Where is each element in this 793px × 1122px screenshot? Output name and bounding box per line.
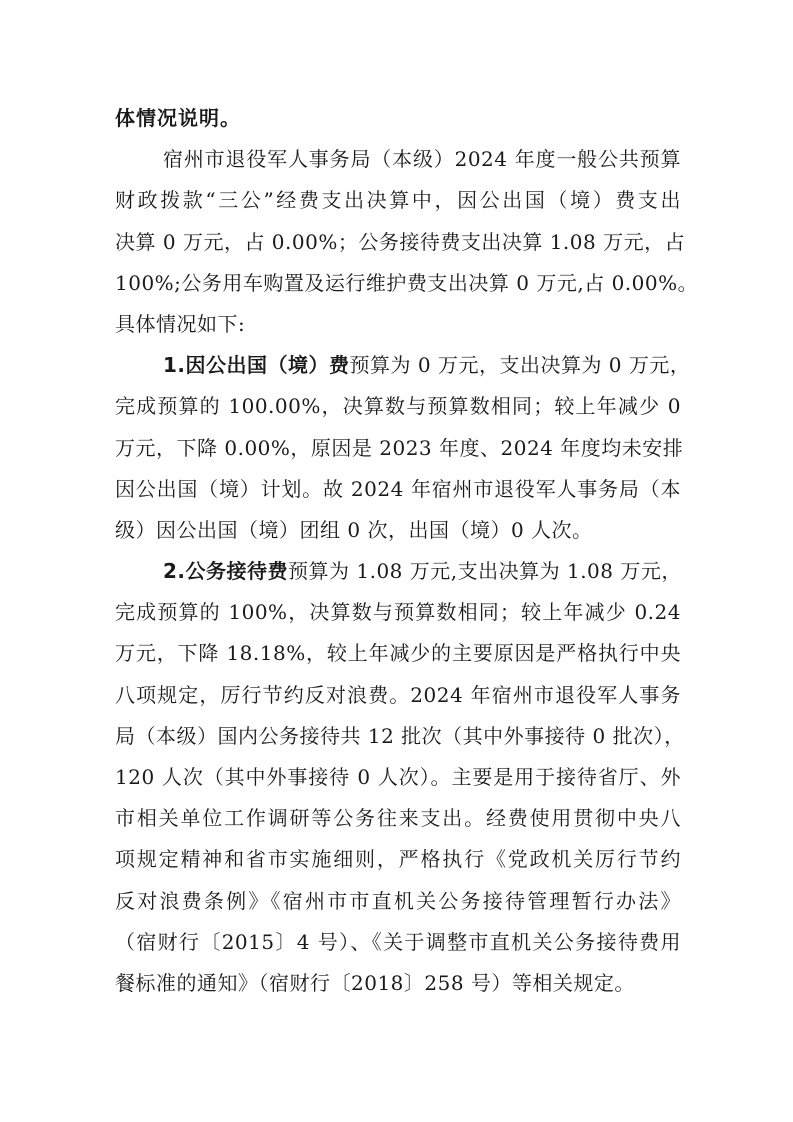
heading-tail: 体情况说明。 (115, 98, 681, 139)
paragraph-line: 120 人次（其中外事接待 0 人次）。主要是用于接待省厅、外 (115, 757, 681, 798)
section-title: 2.公务接待费 (163, 559, 288, 583)
section-travel-abroad: 1.因公出国（境）费预算为 0 万元，支出决算为 0 万元， 完成预算的 100… (115, 345, 681, 551)
paragraph-line: 财政拨款“三公”经费支出决算中，因公出国（境）费支出 (115, 180, 681, 221)
paragraph-line: 级）因公出国（境）团组 0 次，出国（境）0 人次。 (115, 510, 681, 551)
paragraph-line: 决算 0 万元，占 0.00%；公务接待费支出决算 1.08 万元，占 (115, 222, 681, 263)
paragraph-line: 万元，下降 0.00%，原因是 2023 年度、2024 年度均未安排 (115, 428, 681, 469)
intro-paragraph: 宿州市退役军人事务局（本级）2024 年度一般公共预算 财政拨款“三公”经费支出… (115, 139, 681, 345)
paragraph-line: 反对浪费条例》《宿州市市直机关公务接待管理暂行办法》 (115, 881, 681, 922)
section-first-line: 1.因公出国（境）费预算为 0 万元，支出决算为 0 万元， (115, 345, 681, 386)
paragraph-line: 具体情况如下: (115, 304, 681, 345)
section-title: 1.因公出国（境）费 (163, 353, 350, 377)
section-first-line: 2.公务接待费预算为 1.08 万元,支出决算为 1.08 万元， (115, 551, 681, 592)
paragraph-line: 八项规定，厉行节约反对浪费。2024 年宿州市退役军人事务 (115, 675, 681, 716)
paragraph-line: 完成预算的 100%，决算数与预算数相同；较上年减少 0.24 (115, 592, 681, 633)
section-first-line-text: 预算为 1.08 万元,支出决算为 1.08 万元， (288, 559, 682, 583)
paragraph-line: 宿州市退役军人事务局（本级）2024 年度一般公共预算 (115, 139, 681, 180)
document-page: 体情况说明。 宿州市退役军人事务局（本级）2024 年度一般公共预算 财政拨款“… (115, 98, 681, 1004)
paragraph-line: 100%;公务用车购置及运行维护费支出决算 0 万元,占 0.00%。 (115, 263, 681, 304)
paragraph-line: 市相关单位工作调研等公务往来支出。经费使用贯彻中央八 (115, 798, 681, 839)
paragraph-line: 因公出国（境）计划。故 2024 年宿州市退役军人事务局（本 (115, 469, 681, 510)
paragraph-line: 局（本级）国内公务接待共 12 批次（其中外事接待 0 批次）， (115, 716, 681, 757)
paragraph-line: 完成预算的 100.00%，决算数与预算数相同；较上年减少 0 (115, 386, 681, 427)
section-first-line-text: 预算为 0 万元，支出决算为 0 万元， (350, 353, 691, 377)
section-official-reception: 2.公务接待费预算为 1.08 万元,支出决算为 1.08 万元， 完成预算的 … (115, 551, 681, 1004)
paragraph-line: 餐标准的通知》（宿财行〔2018〕258 号）等相关规定。 (115, 963, 681, 1004)
paragraph-line: （宿财行〔2015〕4 号）、《关于调整市直机关公务接待费用 (115, 922, 681, 963)
paragraph-line: 项规定精神和省市实施细则，严格执行《党政机关厉行节约 (115, 839, 681, 880)
paragraph-line: 万元，下降 18.18%，较上年减少的主要原因是严格执行中央 (115, 633, 681, 674)
